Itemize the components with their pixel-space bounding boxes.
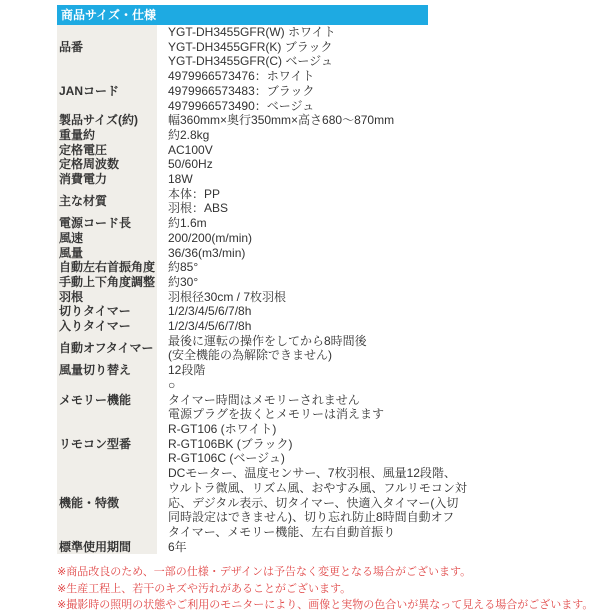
spec-row: 手動上下角度調整 約30° xyxy=(57,275,482,290)
spec-value: YGT-DH3455GFR(W) ホワイト YGT-DH3455GFR(K) ブ… xyxy=(157,25,482,69)
spec-value: 200/200(m/min) xyxy=(157,231,482,246)
spec-label: 主な材質 xyxy=(57,187,157,216)
spec-row: 標準使用期間 6年 xyxy=(57,540,482,555)
spec-value: 4979966573476：ホワイト 4979966573483：ブラック 49… xyxy=(157,69,482,113)
spec-row: 定格周波数 50/60Hz xyxy=(57,157,482,172)
spec-value: 1/2/3/4/5/6/7/8h xyxy=(157,304,482,319)
spec-label: 風量 xyxy=(57,246,157,261)
spec-label: JANコード xyxy=(57,69,157,113)
spec-table-body: 品番 YGT-DH3455GFR(W) ホワイト YGT-DH3455GFR(K… xyxy=(57,25,482,554)
spec-row: 風量切り替え 12段階 xyxy=(57,363,482,378)
spec-value: 羽根径30cm / 7枚羽根 xyxy=(157,290,482,305)
spec-row: 製品サイズ(約) 幅360mm×奥行350mm×高さ680～870mm xyxy=(57,113,482,128)
spec-label: 手動上下角度調整 xyxy=(57,275,157,290)
spec-row: JANコード 4979966573476：ホワイト 4979966573483：… xyxy=(57,69,482,113)
spec-row: 自動オフタイマー 最後に運転の操作をしてから8時間後 (安全機能の為解除できませ… xyxy=(57,334,482,363)
spec-row: 品番 YGT-DH3455GFR(W) ホワイト YGT-DH3455GFR(K… xyxy=(57,25,482,69)
spec-label: 標準使用期間 xyxy=(57,540,157,555)
spec-value: AC100V xyxy=(157,143,482,158)
spec-value: ○ タイマー時間はメモリーされません 電源プラグを抜くとメモリーは消えます xyxy=(157,378,482,422)
spec-label: 品番 xyxy=(57,25,157,69)
spec-row: メモリー機能 ○ タイマー時間はメモリーされません 電源プラグを抜くとメモリーは… xyxy=(57,378,482,422)
spec-label: 自動左右首振角度 xyxy=(57,260,157,275)
spec-label: 定格電圧 xyxy=(57,143,157,158)
spec-label: 風量切り替え xyxy=(57,363,157,378)
spec-row: 電源コード長 約1.6m xyxy=(57,216,482,231)
spec-row: 入りタイマー 1/2/3/4/5/6/7/8h xyxy=(57,319,482,334)
spec-value: DCモーター、温度センサー、7枚羽根、風量12段階、 ウルトラ微風、リズム風、お… xyxy=(157,466,482,540)
spec-value: 12段階 xyxy=(157,363,482,378)
spec-label: 定格周波数 xyxy=(57,157,157,172)
spec-value: R-GT106 (ホワイト) R-GT106BK (ブラック) R-GT106C… xyxy=(157,422,482,466)
spec-label: メモリー機能 xyxy=(57,378,157,422)
product-spec-section: 商品サイズ・仕様 品番 YGT-DH3455GFR(W) ホワイト YGT-DH… xyxy=(57,5,600,600)
spec-label: 自動オフタイマー xyxy=(57,334,157,363)
spec-value: 約85° xyxy=(157,260,482,275)
spec-label: 重量約 xyxy=(57,128,157,143)
spec-value: 1/2/3/4/5/6/7/8h xyxy=(157,319,482,334)
spec-label: 機能・特徴 xyxy=(57,466,157,540)
spec-label: 風速 xyxy=(57,231,157,246)
spec-row: 主な材質 本体：PP 羽根：ABS xyxy=(57,187,482,216)
spec-value: 本体：PP 羽根：ABS xyxy=(157,187,482,216)
spec-label: 電源コード長 xyxy=(57,216,157,231)
spec-value: 最後に運転の操作をしてから8時間後 (安全機能の為解除できません) xyxy=(157,334,482,363)
spec-row: 切りタイマー 1/2/3/4/5/6/7/8h xyxy=(57,304,482,319)
spec-value: 18W xyxy=(157,172,482,187)
spec-value: 6年 xyxy=(157,540,482,555)
spec-table: 品番 YGT-DH3455GFR(W) ホワイト YGT-DH3455GFR(K… xyxy=(57,25,482,554)
spec-label: 製品サイズ(約) xyxy=(57,113,157,128)
spec-row: リモコン型番 R-GT106 (ホワイト) R-GT106BK (ブラック) R… xyxy=(57,422,482,466)
spec-section-title: 商品サイズ・仕様 xyxy=(61,8,156,22)
spec-label: 羽根 xyxy=(57,290,157,305)
spec-label: リモコン型番 xyxy=(57,422,157,466)
spec-value: 約30° xyxy=(157,275,482,290)
spec-row: 機能・特徴 DCモーター、温度センサー、7枚羽根、風量12段階、 ウルトラ微風、… xyxy=(57,466,482,540)
footnote: ※生産工程上、若干のキズや汚れがあることがございます。 xyxy=(57,581,600,598)
spec-label: 入りタイマー xyxy=(57,319,157,334)
footnotes: ※商品改良のため、一部の仕様・デザインは予告なく変更となる場合がございます。 ※… xyxy=(57,564,600,600)
spec-value: 36/36(m3/min) xyxy=(157,246,482,261)
spec-value: 約2.8kg xyxy=(157,128,482,143)
spec-row: 重量約 約2.8kg xyxy=(57,128,482,143)
footnote: ※商品改良のため、一部の仕様・デザインは予告なく変更となる場合がございます。 xyxy=(57,564,600,581)
spec-row: 自動左右首振角度 約85° xyxy=(57,260,482,275)
spec-row: 定格電圧 AC100V xyxy=(57,143,482,158)
spec-value: 幅360mm×奥行350mm×高さ680～870mm xyxy=(157,113,482,128)
spec-row: 消費電力 18W xyxy=(57,172,482,187)
spec-row: 風速 200/200(m/min) xyxy=(57,231,482,246)
spec-value: 50/60Hz xyxy=(157,157,482,172)
spec-label: 切りタイマー xyxy=(57,304,157,319)
spec-row: 羽根 羽根径30cm / 7枚羽根 xyxy=(57,290,482,305)
spec-label: 消費電力 xyxy=(57,172,157,187)
spec-value: 約1.6m xyxy=(157,216,482,231)
spec-row: 風量 36/36(m3/min) xyxy=(57,246,482,261)
spec-section-header: 商品サイズ・仕様 xyxy=(57,5,428,25)
